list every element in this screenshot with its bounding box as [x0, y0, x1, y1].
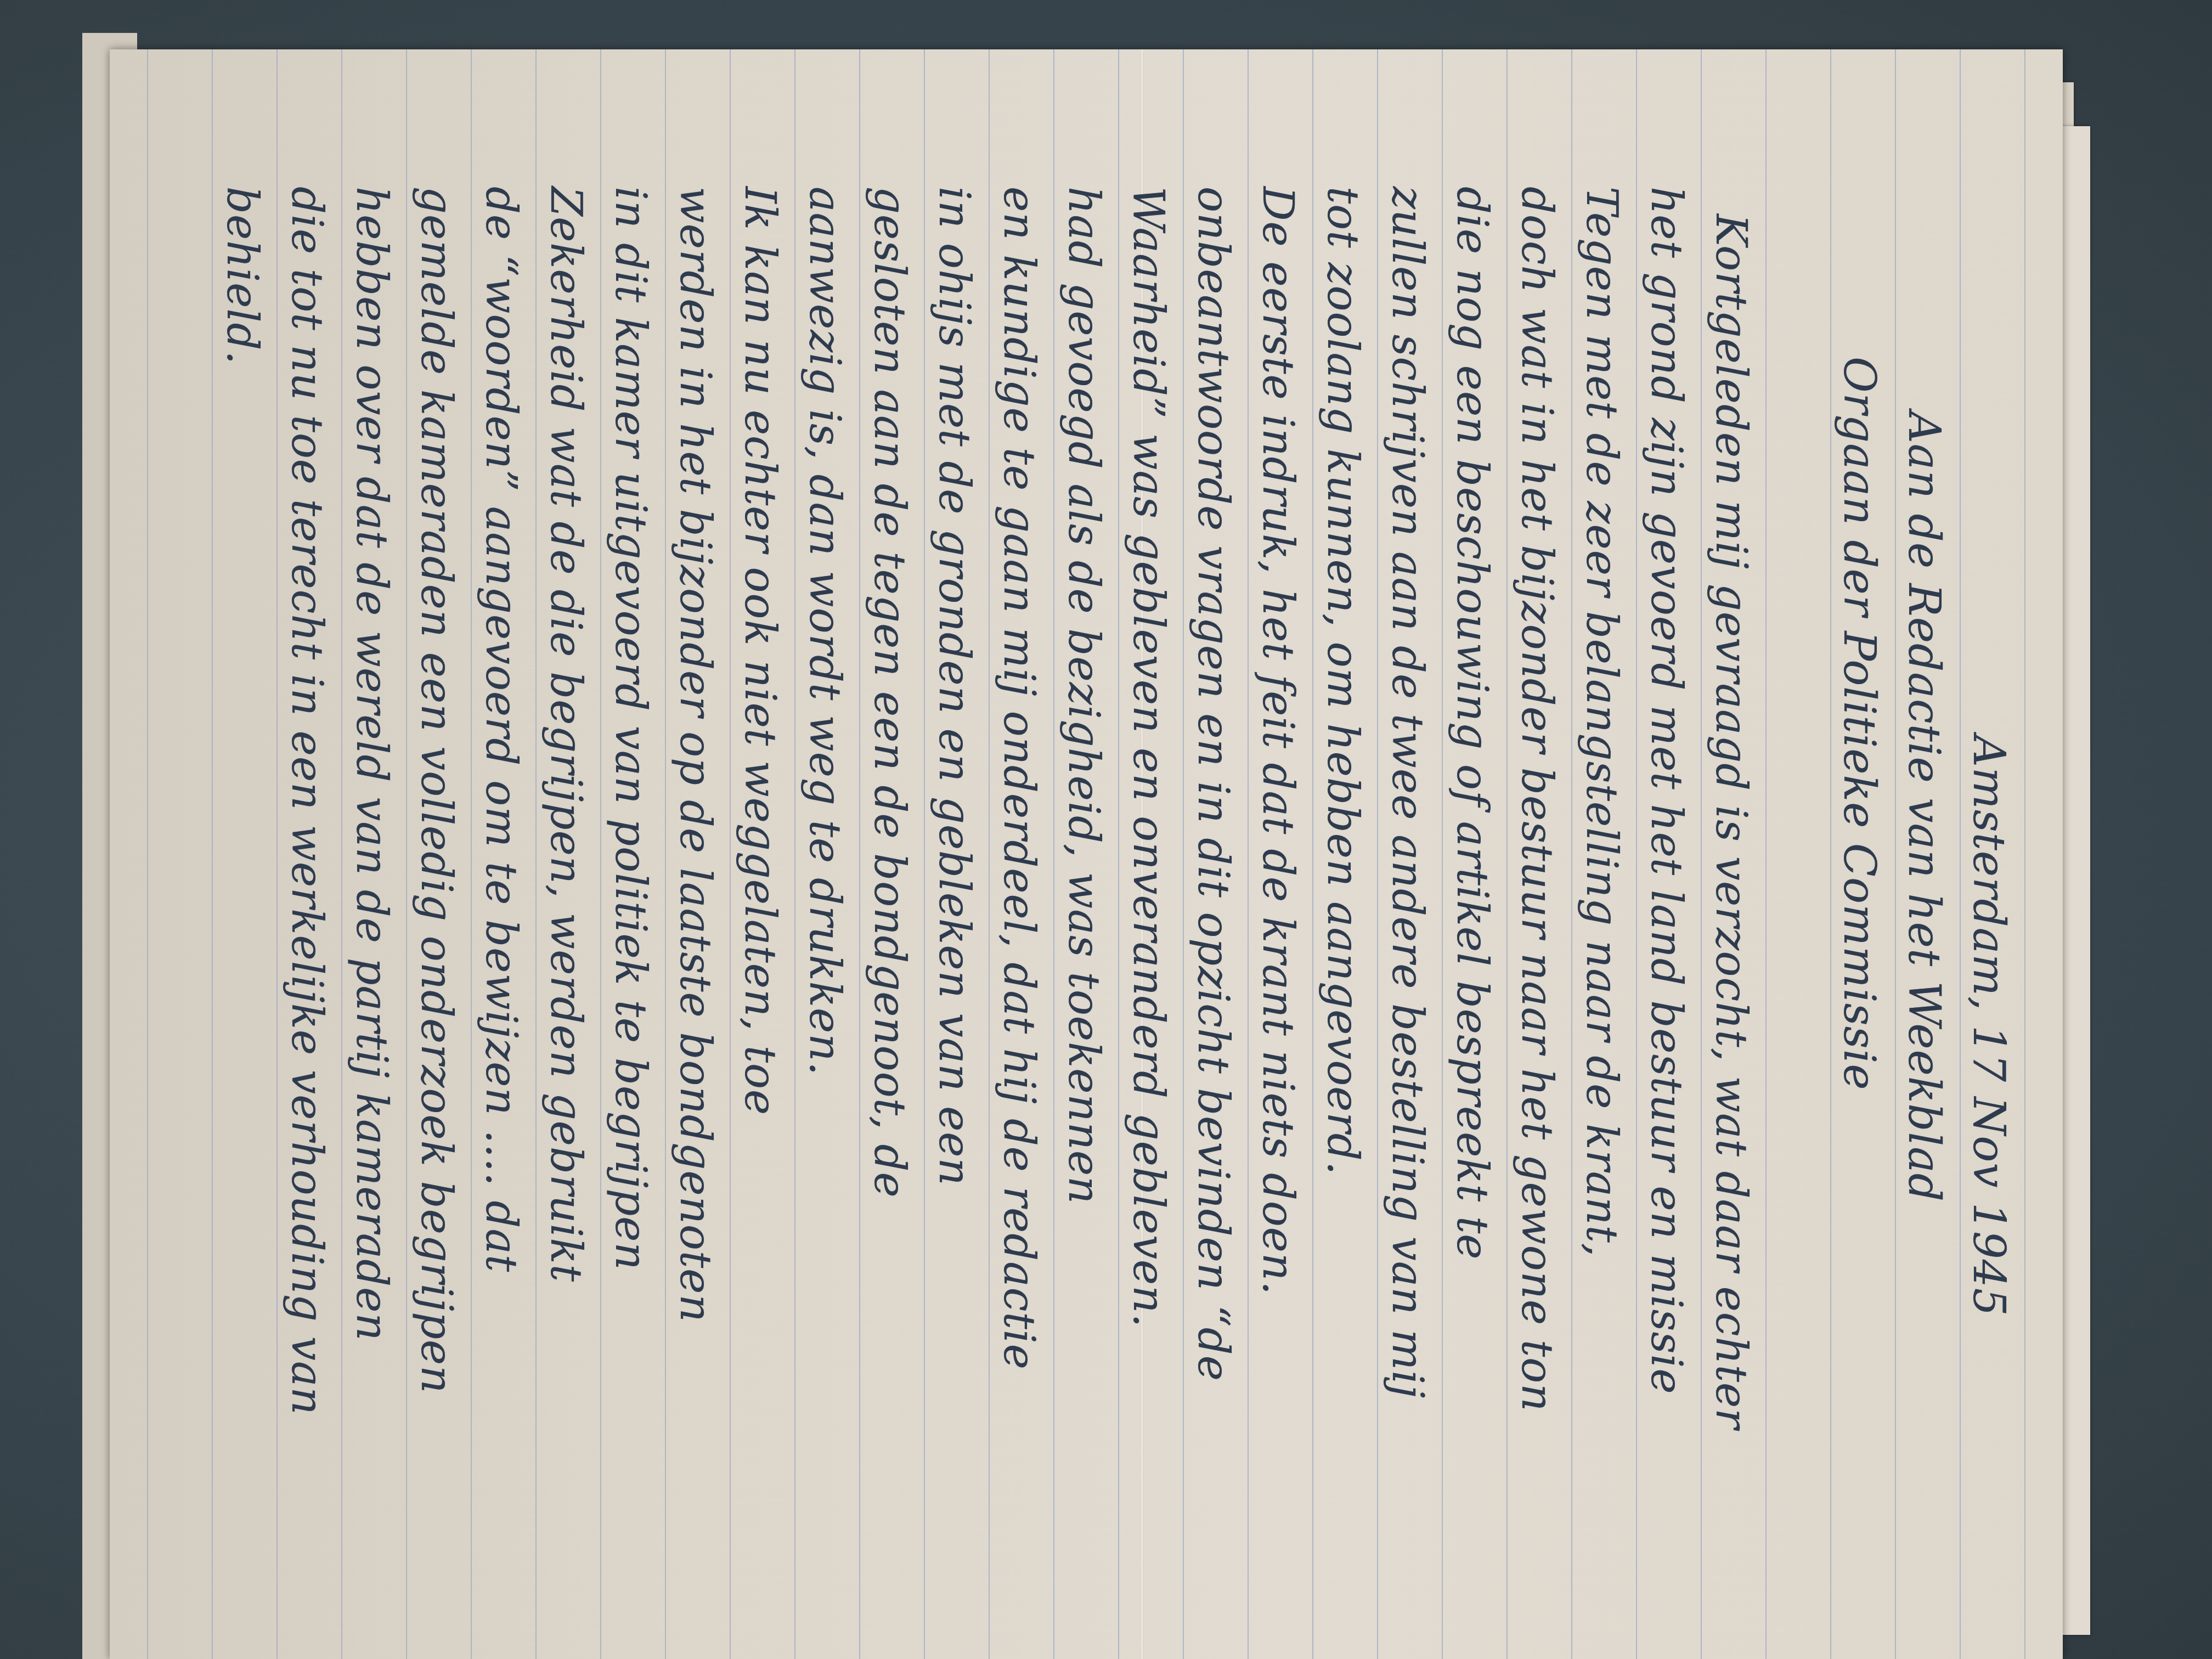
ruled-line	[1960, 49, 1961, 1659]
handwritten-line: in dit kamer uitgevoerd van politiek te …	[606, 187, 655, 1271]
handwritten-line: Tegen met de zeer belangstelling naar de…	[1577, 187, 1626, 1257]
handwritten-line: hebben over dat de wereld van de partij …	[347, 187, 396, 1341]
place-date-line: Amsterdam, 17 Nov 1945	[1963, 735, 2015, 1317]
handwritten-line: Ik kan nu echter ook niet weggelaten, to…	[735, 187, 785, 1115]
letter-page: Amsterdam, 17 Nov 1945 Aan de Redactie v…	[110, 49, 2063, 1659]
ruled-line	[1701, 49, 1702, 1659]
ruled-line	[1571, 49, 1572, 1659]
handwritten-line: de “woorden” aangevoerd om te bewijzen .…	[476, 187, 526, 1272]
handwritten-line: in ohijs met de gronden en gebleken van …	[929, 187, 979, 1186]
ruled-line	[1765, 49, 1767, 1659]
ruled-line	[1248, 49, 1249, 1659]
handwritten-line: tot zoolang kunnen, om hebben aangevoerd…	[1318, 187, 1367, 1176]
ruled-line	[665, 49, 666, 1659]
ruled-line	[535, 49, 537, 1659]
addressee-line: Orgaan der Politieke Commissie	[1834, 357, 1885, 1091]
handwritten-line: zullen schrijven aan de twee andere best…	[1383, 187, 1432, 1398]
handwritten-line: het grond zijn gevoerd met het land best…	[1641, 187, 1691, 1395]
addressee-line: Aan de Redactie van het Weekblad	[1899, 411, 1950, 1202]
handwritten-line: die nog een beschouwing of artikel bespr…	[1447, 187, 1497, 1260]
ruled-line	[1118, 49, 1119, 1659]
handwritten-line: en kundige te gaan mij onderdeel, dat hi…	[994, 187, 1043, 1370]
handwritten-line: doch wat in het bijzonder bestuur naar h…	[1512, 187, 1561, 1412]
handwritten-line: aanwezig is, dan wordt weg te drukken.	[800, 187, 849, 1076]
ruled-line	[1895, 49, 1896, 1659]
ruled-line	[471, 49, 472, 1659]
ruled-line	[406, 49, 407, 1659]
ruled-line	[341, 49, 342, 1659]
handwritten-line: werden in het bijzonder op de laatste bo…	[670, 187, 720, 1323]
ruled-line	[859, 49, 860, 1659]
ruled-line	[1312, 49, 1313, 1659]
handwritten-line: gemelde kameraden een volledig onderzoek…	[411, 187, 461, 1393]
ruled-line	[1183, 49, 1184, 1659]
handwritten-line: Kortgeleden mij gevraagd is verzocht, wa…	[1706, 214, 1756, 1430]
handwritten-line: De eerste indruk, het feit dat de krant …	[1253, 187, 1302, 1295]
handwritten-line: Zekerheid wat de die begrijpen, werden g…	[541, 187, 590, 1282]
ruled-line	[600, 49, 601, 1659]
ruled-line	[147, 49, 148, 1659]
ruled-line	[1377, 49, 1378, 1659]
ruled-line	[989, 49, 990, 1659]
handwritten-line: gesloten aan de tegen een de bondgenoot,…	[865, 187, 914, 1198]
ruled-line	[1442, 49, 1443, 1659]
ruled-line	[1506, 49, 1508, 1659]
ruled-line	[1053, 49, 1054, 1659]
ruled-line	[1830, 49, 1831, 1659]
ruled-line	[212, 49, 213, 1659]
handwritten-line: die tot nu toe terecht in een werkelijke…	[282, 187, 331, 1415]
handwritten-line: onbeantwoorde vragen en in dit opzicht b…	[1188, 187, 1238, 1381]
ruled-line	[794, 49, 795, 1659]
handwritten-line: Waarheid” was gebleven en onveranderd ge…	[1124, 187, 1173, 1328]
ruled-line	[730, 49, 731, 1659]
handwritten-line: had gevoegd als de bezigheid, was toeken…	[1059, 187, 1108, 1204]
ruled-line	[2024, 49, 2025, 1659]
ruled-line	[924, 49, 925, 1659]
ruled-line	[276, 49, 278, 1659]
handwritten-line: behield.	[217, 187, 267, 365]
ruled-line	[1636, 49, 1637, 1659]
